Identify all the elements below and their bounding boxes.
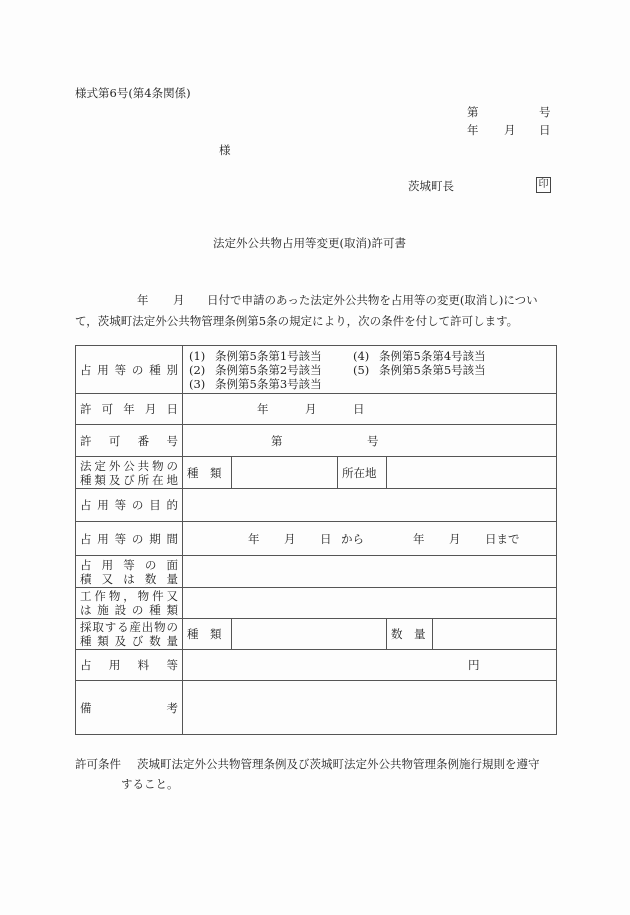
label-purpose: 占用等の目的 — [76, 489, 183, 522]
label-permit-number: 許可番号 — [76, 425, 183, 457]
label-line1: 法定外公共物の — [80, 459, 178, 473]
option-2-num: (2) — [189, 363, 215, 377]
label-line1: 工作物，物件又 — [80, 589, 178, 603]
permit-number-value[interactable]: 第 号 — [183, 425, 557, 457]
body-line1: 日付で申請のあった法定外公共物を占用等の変更(取消し)につい — [207, 292, 538, 308]
row-structure: 工作物，物件又 は施設の種類 — [76, 588, 557, 619]
label-line2: 積又は数量 — [80, 572, 178, 586]
label-period: 占用等の期間 — [76, 522, 183, 556]
row-purpose: 占用等の目的 — [76, 489, 557, 522]
label-remarks: 備 考 — [76, 681, 183, 735]
page-title: 法定外公共物占用等変更(取消)許可書 — [213, 235, 406, 251]
permit-year: 年 — [257, 402, 269, 416]
row-kind: 占用等の種別 (1) 条例第5条第1号該当 (4) 条例第5条第4号該当 (2)… — [76, 346, 557, 394]
form-number: 様式第6号(第4条関係) — [75, 85, 191, 101]
label-fee: 占用料等 — [76, 650, 183, 681]
period-from-day: 日 — [320, 532, 332, 546]
option-1-num: (1) — [189, 349, 215, 363]
period-to-year: 年 — [413, 532, 425, 546]
property-location-label: 所在地 — [338, 457, 387, 489]
area-value[interactable] — [183, 556, 557, 588]
permit-table: 占用等の種別 (1) 条例第5条第1号該当 (4) 条例第5条第4号該当 (2)… — [75, 345, 557, 735]
permit-number-suffix: 号 — [367, 434, 379, 448]
property-type-value[interactable] — [232, 457, 338, 489]
property-type-label: 種 類 — [183, 457, 232, 489]
remarks-value[interactable] — [183, 681, 557, 735]
label-extraction: 採取する産出物の 種類及び数量 — [76, 619, 183, 650]
label-kind: 占用等の種別 — [76, 346, 183, 394]
row-area: 占用等の面 積又は数量 — [76, 556, 557, 588]
kind-options: (1) 条例第5条第1号該当 (4) 条例第5条第4号該当 (2) 条例第5条第… — [183, 346, 557, 394]
extraction-type-label: 種 類 — [183, 619, 232, 650]
date-day: 日 — [539, 122, 551, 138]
row-public-property: 法定外公共物の 種類及び所在地 種 類 所在地 — [76, 457, 557, 489]
label-public-property: 法定外公共物の 種類及び所在地 — [76, 457, 183, 489]
remarks-right: 考 — [167, 701, 179, 715]
conditions-line1: 茨城町法定外公共物管理条例及び茨城町法定外公共物管理条例施行規則を遵守 — [137, 756, 540, 772]
row-permit-date: 許可年月日 年 月 日 — [76, 394, 557, 425]
fee-value[interactable]: 円 — [183, 650, 557, 681]
addressee-suffix: 様 — [219, 142, 231, 158]
conditions-line2: すること。 — [121, 776, 179, 792]
option-5-text: 条例第5条第5号該当 — [379, 363, 499, 377]
structure-value[interactable] — [183, 588, 557, 619]
period-value[interactable]: 年 月 日 から 年 月 日まで — [183, 522, 557, 556]
row-period: 占用等の期間 年 月 日 から 年 月 日まで — [76, 522, 557, 556]
option-3-num: (3) — [189, 377, 215, 391]
period-from-month: 月 — [284, 532, 296, 546]
row-fee: 占用料等 円 — [76, 650, 557, 681]
date-year: 年 — [467, 122, 479, 138]
remarks-left: 備 — [80, 701, 92, 715]
label-line1: 占用等の面 — [80, 558, 178, 572]
option-4-text: 条例第5条第4号該当 — [379, 349, 499, 363]
extraction-qty-value[interactable] — [433, 619, 557, 650]
extraction-qty-label: 数 量 — [387, 619, 433, 650]
date-month: 月 — [504, 122, 516, 138]
property-location-value[interactable] — [387, 457, 557, 489]
body-year: 年 — [137, 292, 149, 308]
label-line1: 採取する産出物の — [80, 620, 178, 634]
extraction-type-value[interactable] — [232, 619, 387, 650]
label-line2: 種類及び数量 — [80, 634, 178, 648]
body-line2: て，茨城町法定外公共物管理条例第5条の規定により，次の条件を付して許可します。 — [75, 313, 518, 329]
permit-date-value[interactable]: 年 月 日 — [183, 394, 557, 425]
label-line2: 種類及び所在地 — [80, 473, 178, 487]
fee-unit: 円 — [468, 658, 480, 672]
seal-mark: 印 — [536, 177, 551, 193]
permit-number-prefix: 第 — [271, 434, 283, 448]
label-structure: 工作物，物件又 は施設の種類 — [76, 588, 183, 619]
issuer-name: 茨城町長 — [408, 178, 454, 194]
period-to-month: 月 — [449, 532, 461, 546]
row-extraction: 採取する産出物の 種類及び数量 種 類 数 量 — [76, 619, 557, 650]
label-permit-date: 許可年月日 — [76, 394, 183, 425]
label-area: 占用等の面 積又は数量 — [76, 556, 183, 588]
period-from-year: 年 — [248, 532, 260, 546]
number-suffix: 号 — [539, 104, 551, 120]
body-month: 月 — [173, 292, 185, 308]
row-permit-number: 許可番号 第 号 — [76, 425, 557, 457]
period-from-label: から — [341, 532, 364, 546]
permit-month: 月 — [305, 402, 317, 416]
number-prefix: 第 — [467, 104, 479, 120]
option-2-text: 条例第5条第2号該当 — [215, 363, 335, 377]
period-to-day: 日まで — [485, 532, 520, 546]
label-line2: は施設の種類 — [80, 603, 178, 617]
row-remarks: 備 考 — [76, 681, 557, 735]
option-5-num: (5) — [353, 363, 379, 377]
purpose-value[interactable] — [183, 489, 557, 522]
permit-day: 日 — [353, 402, 365, 416]
option-3-text: 条例第5条第3号該当 — [215, 377, 335, 391]
conditions-label: 許可条件 — [75, 756, 121, 772]
option-4-num: (4) — [353, 349, 379, 363]
option-1-text: 条例第5条第1号該当 — [215, 349, 335, 363]
